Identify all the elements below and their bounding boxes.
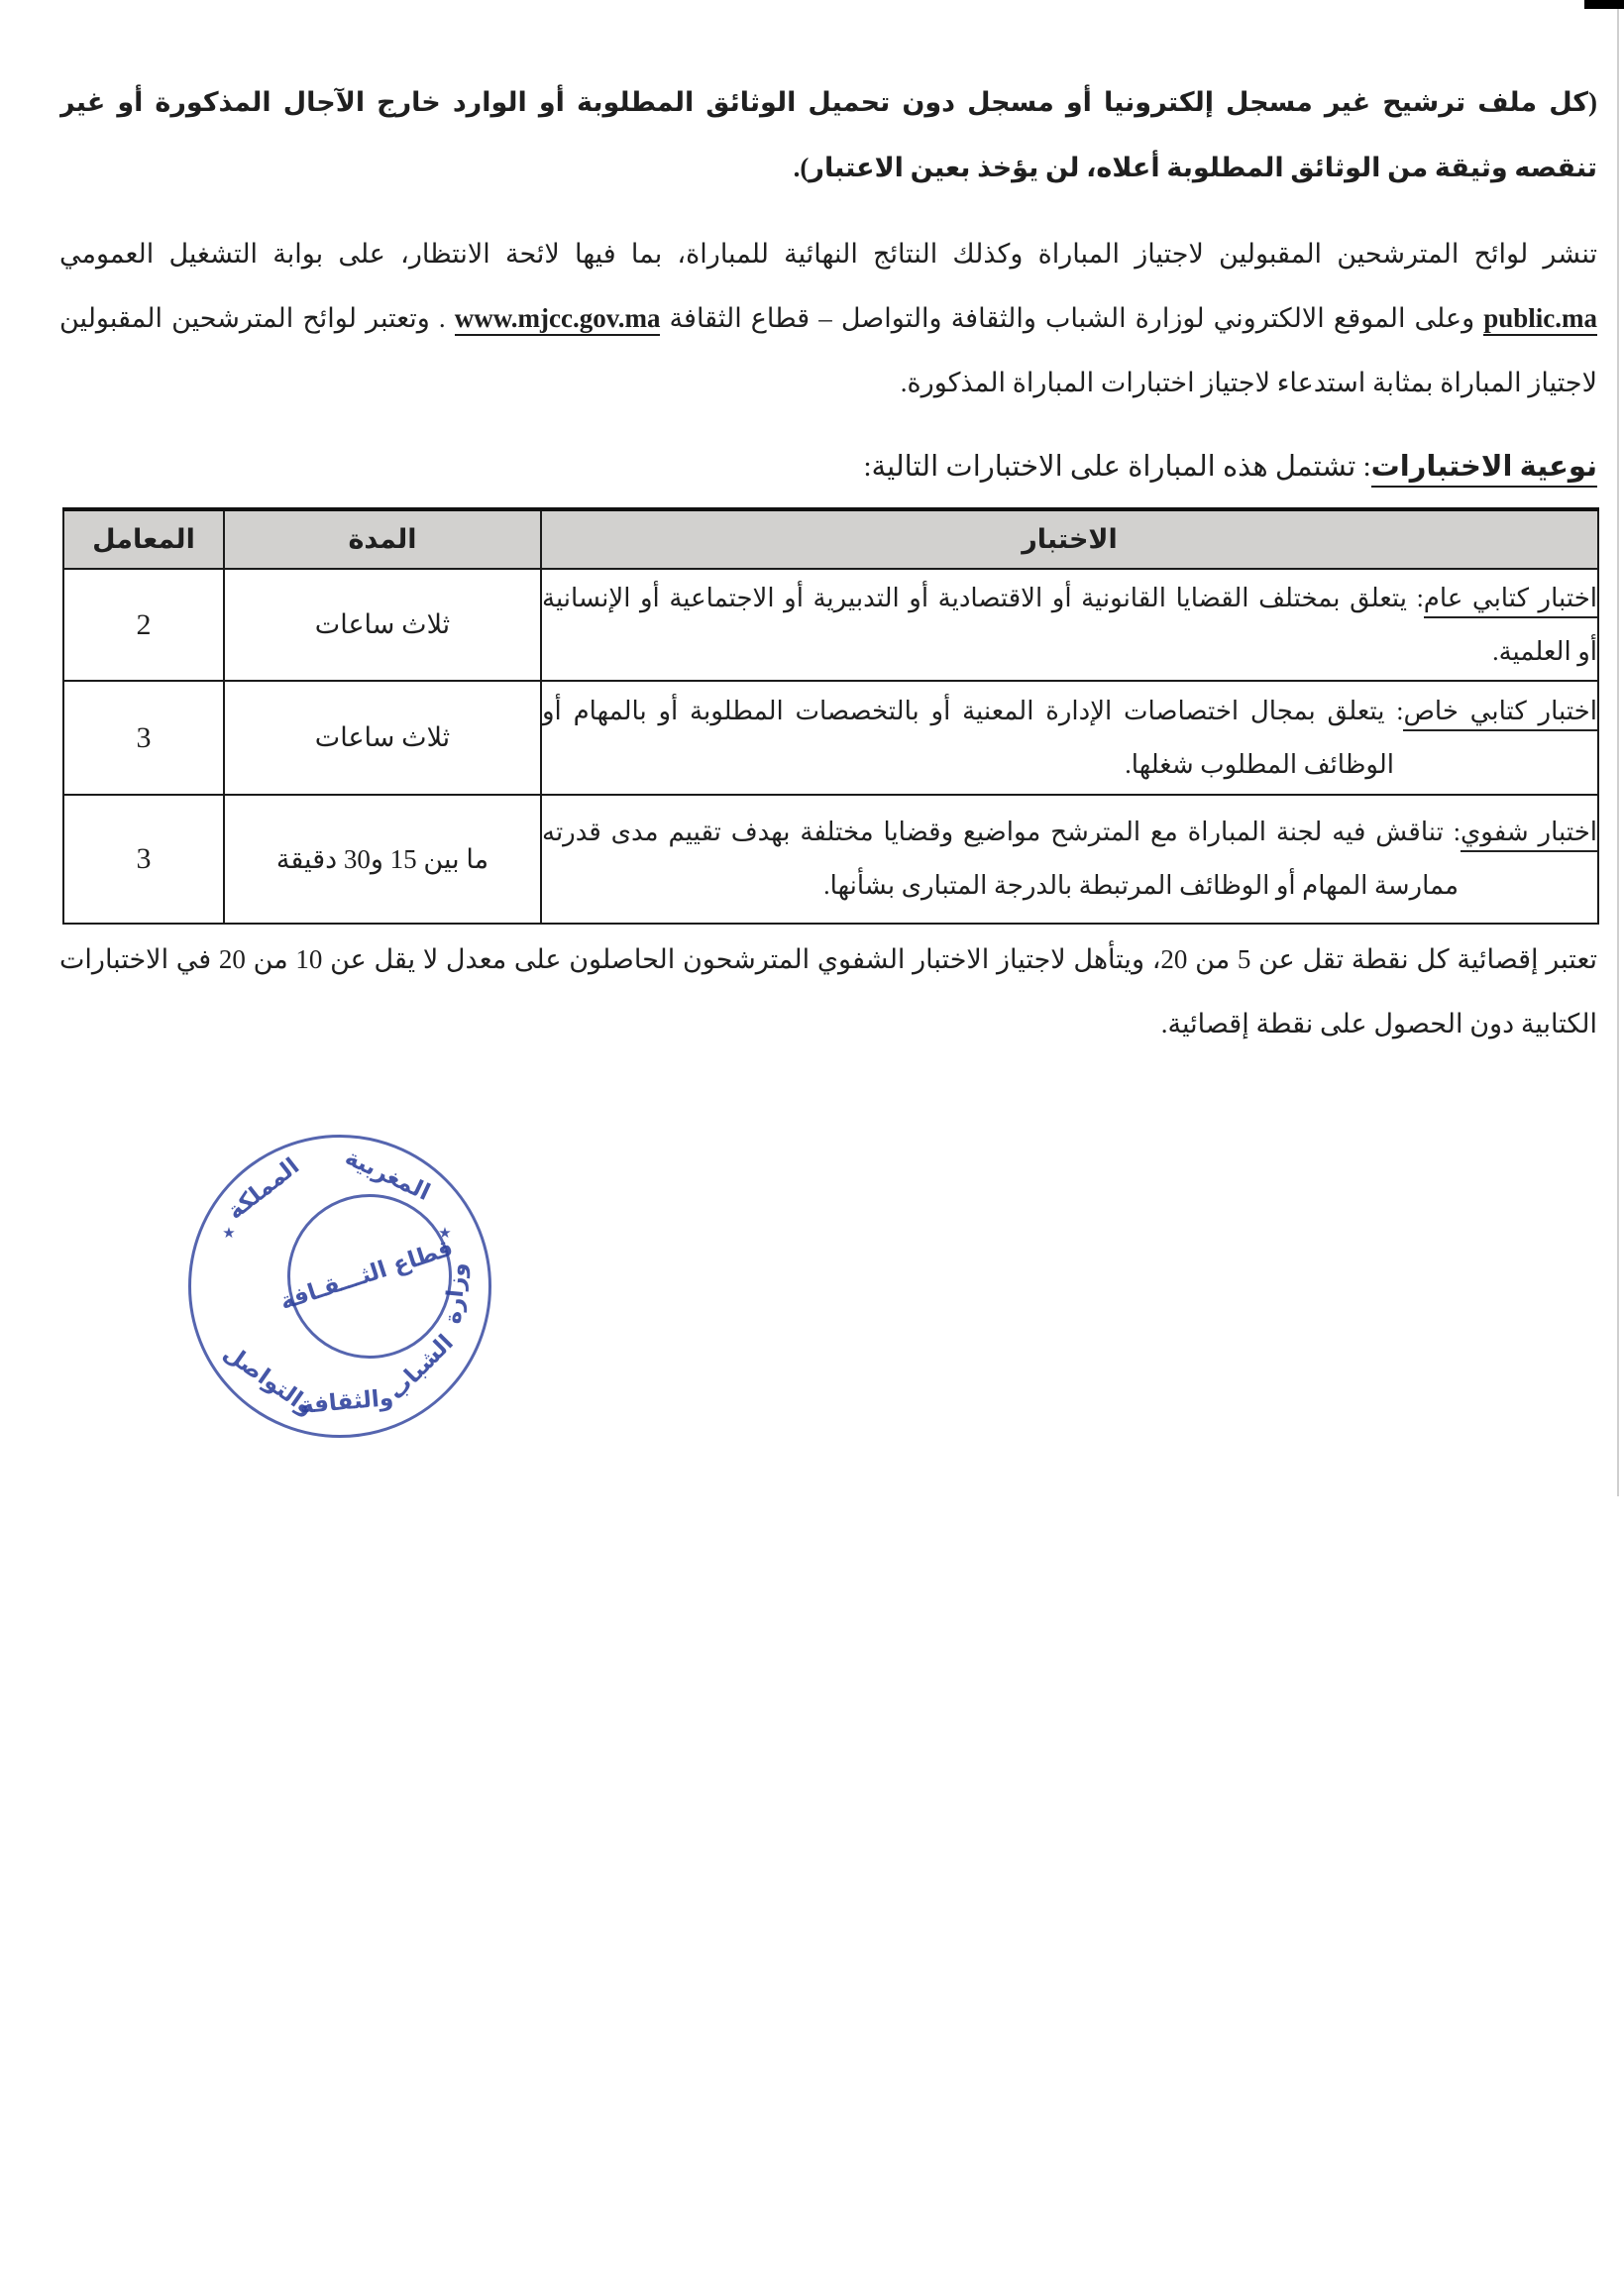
table-row: اختبار كتابي عام: يتعلق بمختلف القضايا ا… [63,569,1598,681]
text-line: اختبار كتابي عام: يتعلق بمختلف القضايا ا… [542,572,1597,625]
text-line: اختبار شفوي: تناقش فيه لجنة المباراة مع … [542,806,1597,859]
text-line: لاجتياز المباراة بمثابة استدعاء لاجتياز … [59,351,1597,415]
scan-edge-line [1617,0,1619,1496]
stamp-center-text: قطاع الثـــقـافة [277,1236,457,1316]
duration-cell: ثلاث ساعات [224,569,541,681]
text-line: الوظائف المطلوب شغلها. [542,738,1597,792]
exam-title: اختبار كتابي عام [1424,584,1597,618]
ministry-stamp: المملكة المغربية ★ ★ وزارة الشباب والثقا… [180,1130,497,1447]
col-header-coefficient: المعامل [63,509,224,569]
scan-corner-mark [1584,0,1624,9]
link-mjcc-gov[interactable]: www.mjcc.gov.ma [455,303,661,336]
table-header-row: الاختبار المدة المعامل [63,509,1598,569]
text-line: public.ma وعلى الموقع الالكتروني لوزارة … [59,286,1597,351]
duration-cell: ثلاث ساعات [224,681,541,795]
text-line: تنقصه وثيقة من الوثائق المطلوبة أعلاه، ل… [59,135,1597,200]
text-segment: . وتعتبر لوائح المترشحين المقبولين [59,303,455,333]
text-segment: تنشر لوائح المترشحين المقبولين لاجتياز ا… [59,239,1597,269]
exam-desc: : يتعلق بمختلف القضايا القانونية أو الاق… [542,584,1424,612]
exam-desc: : يتعلق بمجال اختصاصات الإدارة المعنية أ… [542,697,1403,725]
exam-desc: : تناقش فيه لجنة المباراة مع المترشح موا… [542,818,1597,859]
stamp-word-moroccan: المغربية [341,1145,434,1206]
stamp-outer-ring [188,1135,491,1438]
exam-title: اختبار شفوي [1461,818,1597,852]
stamp-inner-ring [287,1194,452,1359]
table-row: اختبار شفوي: تناقش فيه لجنة المباراة مع … [63,795,1598,924]
text-line: تنشر لوائح المترشحين المقبولين لاجتياز ا… [59,222,1597,286]
star-icon: ★ [222,1224,235,1242]
text-line: الكتابية دون الحصول على نقطة إقصائية. [59,992,1597,1056]
exam-cell: اختبار كتابي عام: يتعلق بمختلف القضايا ا… [541,569,1598,681]
stamp-word-ministry: وزارة [440,1261,471,1325]
exams-heading: نوعية الاختبارات: تشتمل هذه المباراة على… [59,441,1597,492]
text-line: اختبار كتابي خاص: يتعلق بمجال اختصاصات ا… [542,685,1597,738]
col-header-duration: المدة [224,509,541,569]
text-segment: وعلى الموقع الالكتروني لوزارة الشباب وال… [660,303,1483,333]
coefficient-cell: 3 [63,795,224,924]
col-header-exam: الاختبار [541,509,1598,569]
duration-cell: ما بين 15 و30 دقيقة [224,795,541,924]
link-emploi-public-part2[interactable]: public.ma [1483,303,1597,336]
paragraph-elimination: تعتبر إقصائية كل نقطة تقل عن 5 من 20، وي… [59,928,1597,1056]
text-line: (كل ملف ترشيح غير مسجل إلكترونيا أو مسجل… [59,69,1597,135]
paragraph-rejection-note: (كل ملف ترشيح غير مسجل إلكترونيا أو مسجل… [59,69,1597,200]
exam-cell: اختبار شفوي: تناقش فيه لجنة المباراة مع … [541,795,1598,924]
text-line: تعتبر إقصائية كل نقطة تقل عن 5 من 20، وي… [59,928,1597,992]
paragraph-publication: تنشر لوائح المترشحين المقبولين لاجتياز ا… [59,222,1597,415]
table-row: اختبار كتابي خاص: يتعلق بمجال اختصاصات ا… [63,681,1598,795]
coefficient-cell: 3 [63,681,224,795]
text-line: ممارسة المهام أو الوظائف المرتبطة بالدرج… [542,859,1597,913]
exams-heading-title: نوعية الاختبارات [1371,451,1597,488]
star-icon: ★ [438,1224,451,1242]
stamp-word-communication: والتواصل [218,1340,318,1421]
text-line: أو العلمية. [542,625,1597,679]
exam-title: اختبار كتابي خاص [1403,697,1597,731]
stamp-word-kingdom: المملكة [223,1153,304,1225]
exams-table: الاختبار المدة المعامل اختبار كتابي عام:… [62,507,1599,925]
coefficient-cell: 2 [63,569,224,681]
stamp-word-culture: والثقافة [299,1385,394,1419]
exam-cell: اختبار كتابي خاص: يتعلق بمجال اختصاصات ا… [541,681,1598,795]
stamp-word-youth: الشباب [383,1330,459,1405]
exams-heading-rest: : تشتمل هذه المباراة على الاختبارات التا… [863,451,1370,483]
